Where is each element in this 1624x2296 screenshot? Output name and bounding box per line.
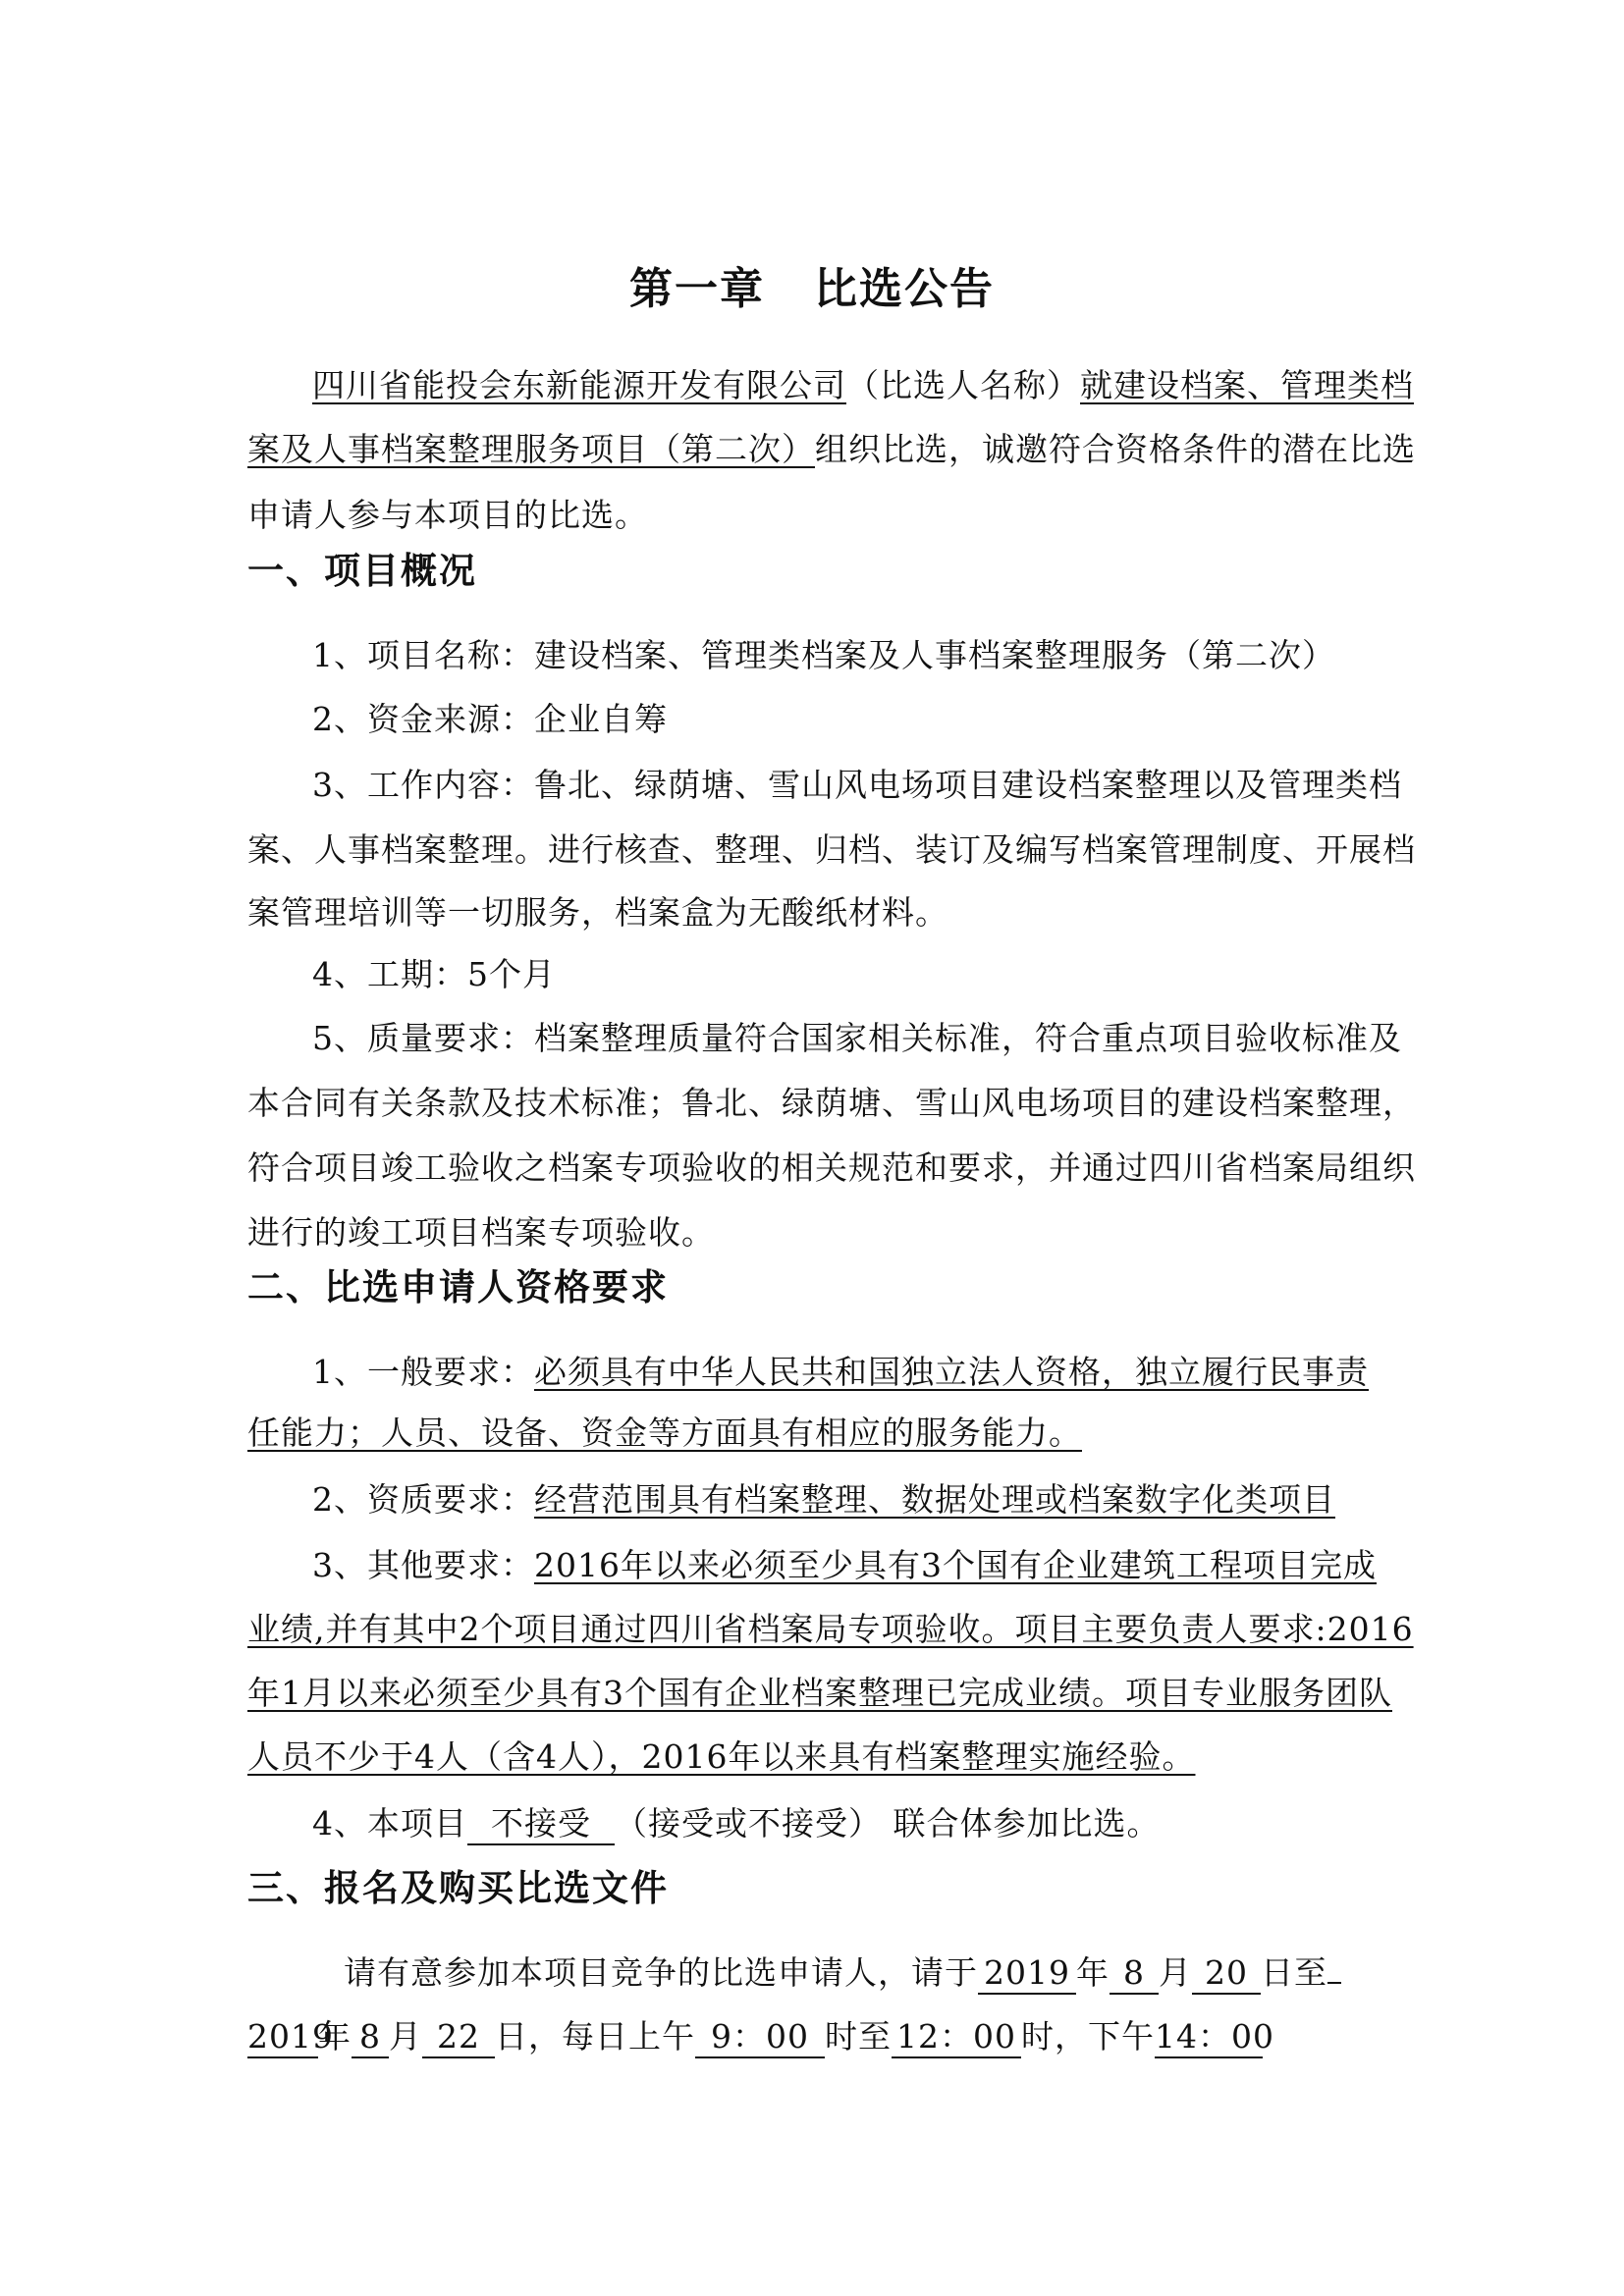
chapter-title: 比选公告 [814, 264, 995, 314]
pm-label: 时，下午 [1021, 2017, 1155, 2056]
intro-line-1: 四川省能投会东新能源开发有限公司（比选人名称）就建设档案、管理类档 [312, 364, 1451, 407]
to-label: 时至 [825, 2017, 892, 2056]
req-1-line-1: 1、一般要求：必须具有中华人民共和国独立法人资格，独立履行民事责 [312, 1351, 1451, 1394]
company-name: 四川省能投会东新能源开发有限公司 [312, 366, 846, 404]
overview-item-3-line-3: 案管理培训等一切服务，档案盒为无酸纸材料。 [247, 891, 1386, 934]
overview-item-5-line-1: 5、质量要求：档案整理质量符合国家相关标准，符合重点项目验收标准及 [312, 1017, 1451, 1060]
month-label: 月 [1159, 1953, 1192, 1992]
overview-item-1: 1、项目名称：建设档案、管理类档案及人事档案整理服务（第二次） [312, 634, 1451, 677]
req-1-line-2: 任能力；人员、设备、资金等方面具有相应的服务能力。 [247, 1412, 1386, 1455]
overview-item-4: 4、工期：5个月 [312, 953, 1451, 996]
registration-text: 请有意参加本项目竞争的比选申请人，请于 [344, 1953, 978, 1992]
end-year: 2019 [247, 2017, 318, 2058]
req-3-label: 3、其他要求： [312, 1546, 534, 1584]
req-4-suffix: （接受或不接受） 联合体参加比选。 [615, 1804, 1161, 1842]
day-to-label: 日至 [1261, 1953, 1327, 1992]
req-1-value-cont: 任能力；人员、设备、资金等方面具有相应的服务能力。 [247, 1414, 1082, 1452]
req-2-label: 2、资质要求： [312, 1480, 534, 1519]
req-4: 4、本项目不接受（接受或不接受） 联合体参加比选。 [312, 1802, 1451, 1845]
intro-text: 组织比选，诚邀符合资格条件的潜在比选 [815, 430, 1416, 468]
daily-am-label: 日，每日上午 [495, 2017, 695, 2056]
start-day: 20 [1192, 1953, 1261, 1995]
req-2-value: 经营范围具有档案整理、数据处理或档案数字化类项目 [534, 1480, 1335, 1519]
project-name-part2: 案及人事档案整理服务项目（第二次） [247, 430, 815, 468]
req-3-line-2: 业绩,并有其中2个项目通过四川省档案局专项验收。项目主要负责人要求:2016 [247, 1608, 1386, 1651]
req-3-value-3: 年1月以来必须至少具有3个国有企业档案整理已完成业绩。项目专业服务团队 [247, 1674, 1392, 1712]
req-3-line-1: 3、其他要求：2016年以来必须至少具有3个国有企业建筑工程项目完成 [312, 1544, 1451, 1587]
consortium-accept-field: 不接受 [467, 1804, 615, 1845]
registration-line-2: 2019年8月22日，每日上午9：00时至12：00时，下午14：00 [247, 2015, 1386, 2058]
page-title: 第一章比选公告 [0, 253, 1624, 316]
project-name-part1: 就建设档案、管理类档 [1080, 366, 1414, 404]
req-2: 2、资质要求：经营范围具有档案整理、数据处理或档案数字化类项目 [312, 1478, 1451, 1522]
chapter-number: 第一章 [629, 264, 765, 314]
pm-start-time: 14：00 [1155, 2017, 1263, 2058]
req-3-line-3: 年1月以来必须至少具有3个国有企业档案整理已完成业绩。项目专业服务团队 [247, 1672, 1386, 1715]
req-3-value: 2016年以来必须至少具有3个国有企业建筑工程项目完成 [534, 1546, 1377, 1584]
overview-item-3-line-1: 3、工作内容：鲁北、绿荫塘、雪山风电场项目建设档案整理以及管理类档 [312, 764, 1451, 807]
overview-item-3-line-2: 案、人事档案整理。进行核查、整理、归档、装订及编写档案管理制度、开展档 [247, 828, 1386, 872]
req-3-value-4: 人员不少于4人（含4人），2016年以来具有档案整理实施经验。 [247, 1737, 1195, 1776]
overview-item-5-line-3: 符合项目竣工验收之档案专项验收的相关规范和要求，并通过四川省档案局组织 [247, 1147, 1386, 1190]
overview-item-2: 2、资金来源：企业自筹 [312, 698, 1451, 741]
overview-item-5-line-2: 本合同有关条款及技术标准；鲁北、绿荫塘、雪山风电场项目的建设档案整理， [247, 1082, 1386, 1125]
year-label: 年 [318, 2017, 352, 2056]
start-year: 2019 [978, 1953, 1076, 1995]
req-3-line-4: 人员不少于4人（含4人），2016年以来具有档案整理实施经验。 [247, 1735, 1386, 1779]
section-heading-overview: 一、项目概况 [247, 548, 477, 595]
intro-line-3: 申请人参与本项目的比选。 [247, 494, 1386, 537]
intro-line-2: 案及人事档案整理服务项目（第二次）组织比选，诚邀符合资格条件的潜在比选 [247, 428, 1386, 471]
req-1-label: 1、一般要求： [312, 1353, 534, 1391]
section-heading-registration: 三、报名及购买比选文件 [247, 1865, 669, 1912]
section-heading-qualifications: 二、比选申请人资格要求 [247, 1264, 669, 1311]
company-note: （比选人名称） [846, 366, 1080, 404]
req-4-prefix: 4、本项目 [312, 1804, 467, 1842]
year-label: 年 [1076, 1953, 1110, 1992]
am-end-time: 12：00 [892, 2017, 1021, 2058]
registration-line-1: 请有意参加本项目竞争的比选申请人，请于2019年8月20日至 [344, 1951, 1386, 1995]
am-start-time: 9：00 [695, 2017, 825, 2058]
overview-item-5-line-4: 进行的竣工项目档案专项验收。 [247, 1211, 1386, 1255]
start-month: 8 [1110, 1953, 1159, 1995]
req-1-value: 必须具有中华人民共和国独立法人资格，独立履行民事责 [534, 1353, 1369, 1391]
req-3-value-2: 业绩,并有其中2个项目通过四川省档案局专项验收。项目主要负责人要求:2016 [247, 1610, 1414, 1648]
end-day: 22 [422, 2017, 495, 2058]
month-label: 月 [389, 2017, 422, 2056]
underline-filler [1327, 1982, 1341, 1984]
end-month: 8 [352, 2017, 389, 2058]
